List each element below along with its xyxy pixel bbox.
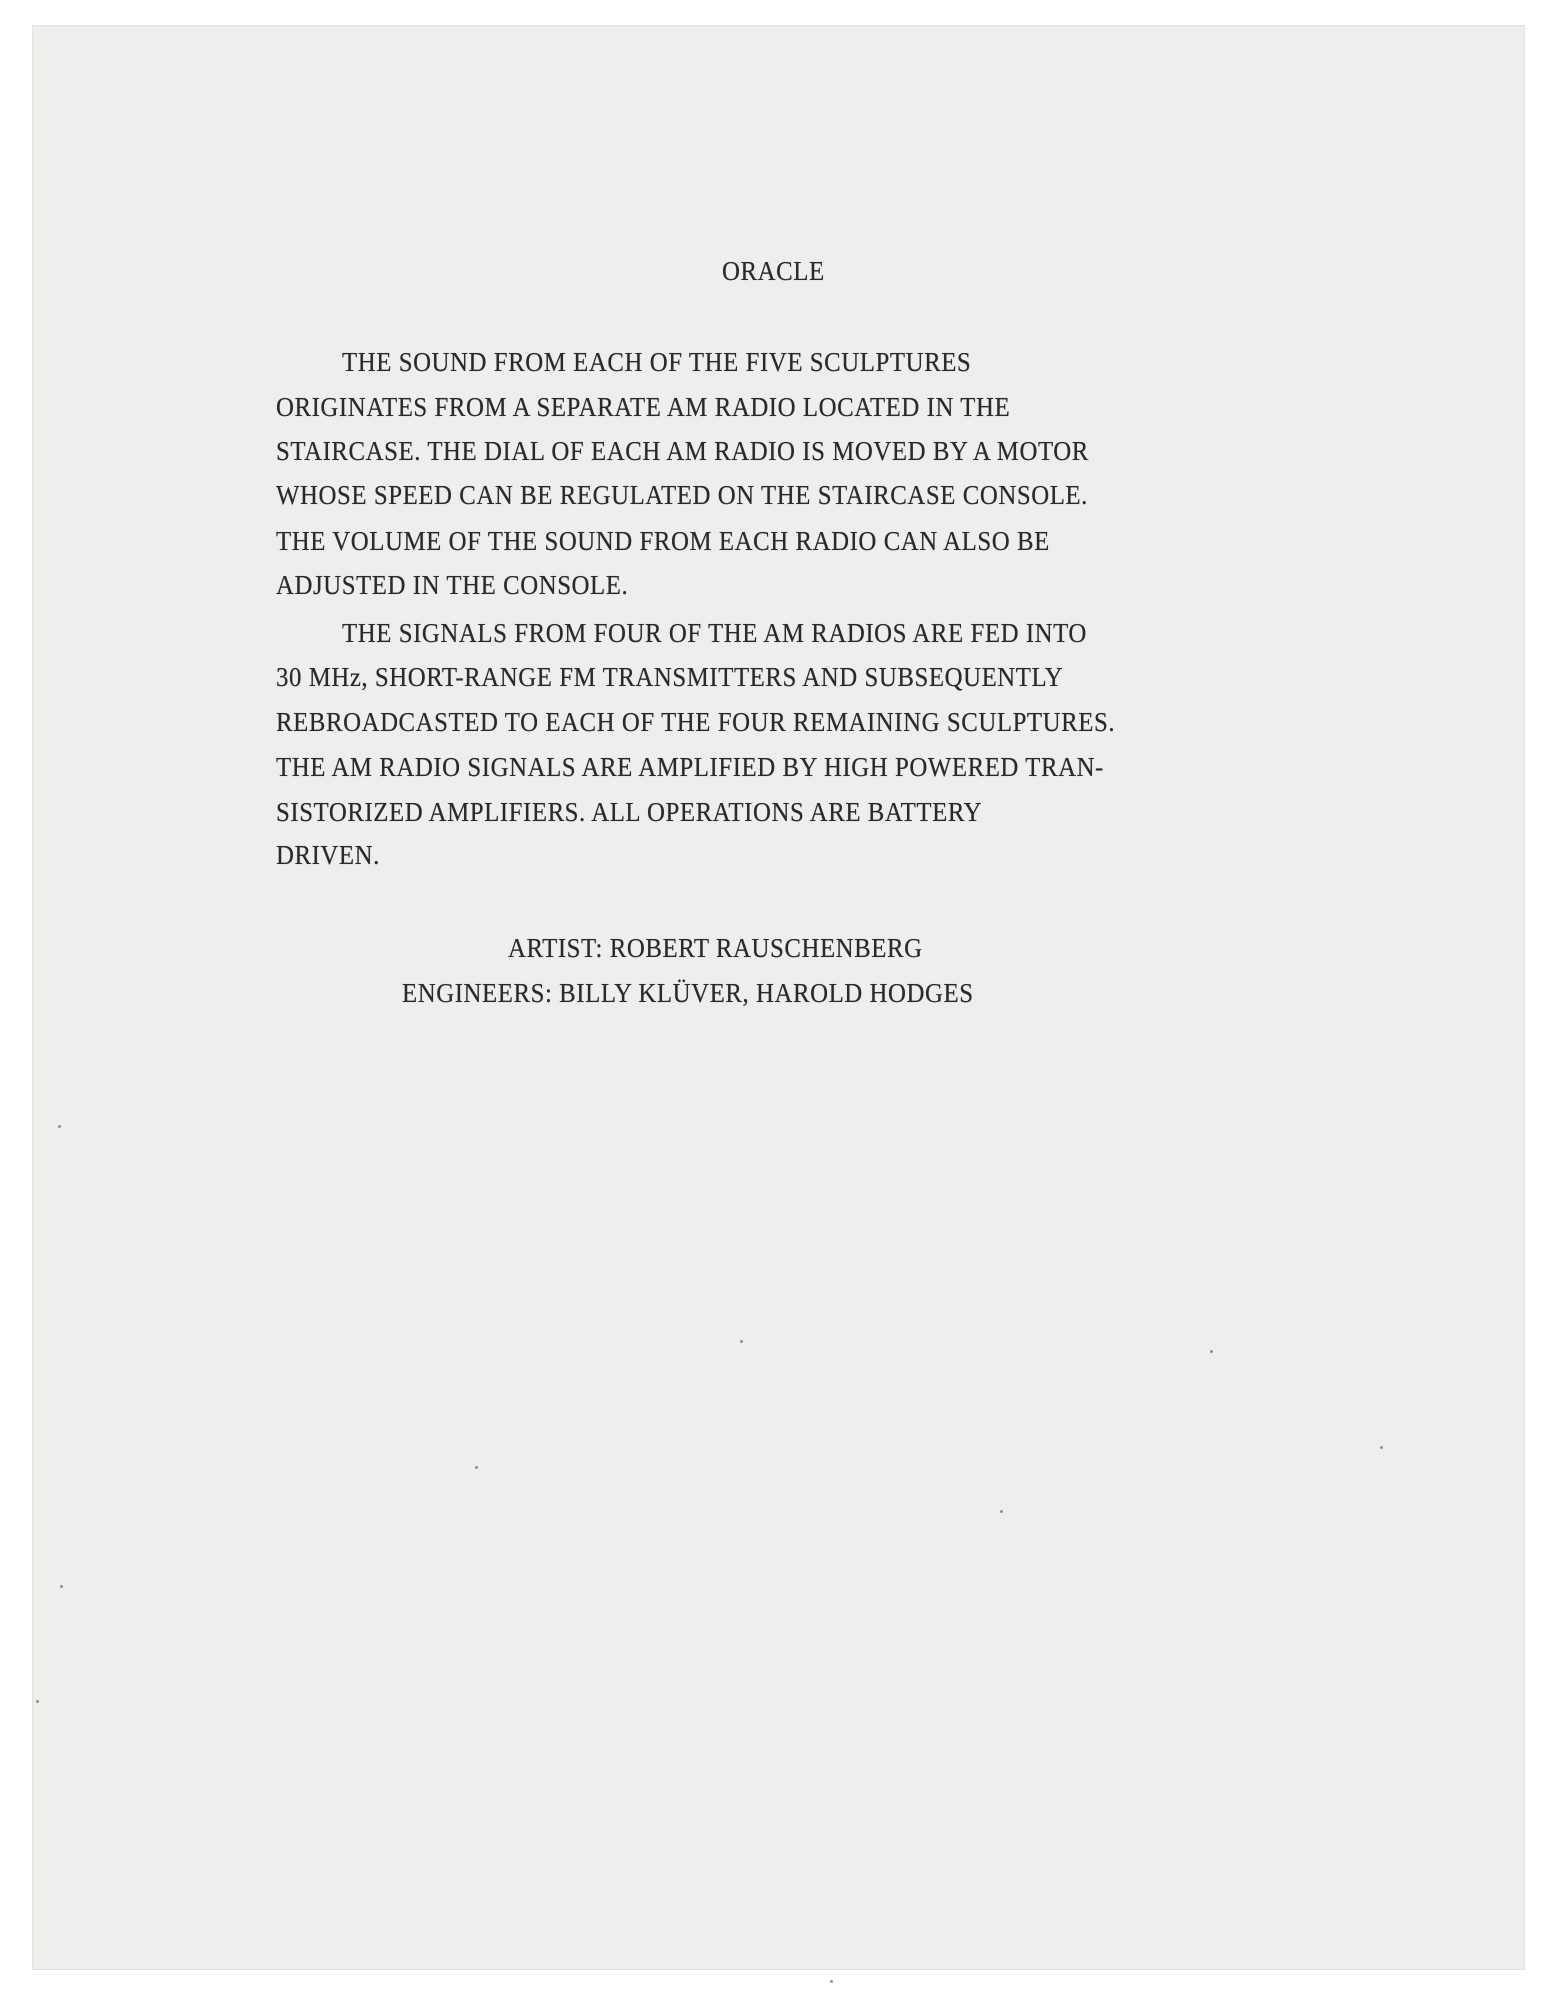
document-title: ORACLE	[722, 256, 825, 287]
paper-speck	[830, 1980, 833, 1983]
paper-speck	[740, 1340, 743, 1343]
paper-speck	[60, 1585, 63, 1588]
paper-speck	[36, 1700, 39, 1703]
paper-speck	[1380, 1446, 1383, 1449]
paragraph2-line: 30 MHz, SHORT-RANGE FM TRANSMITTERS AND …	[276, 662, 1063, 693]
paragraph2-line: REBROADCASTED TO EACH OF THE FOUR REMAIN…	[276, 707, 1115, 738]
paragraph1-line: THE VOLUME OF THE SOUND FROM EACH RADIO …	[276, 526, 1050, 557]
paper-speck	[475, 1466, 478, 1469]
paragraph1-line: ADJUSTED IN THE CONSOLE.	[276, 570, 628, 601]
paragraph2-line: THE SIGNALS FROM FOUR OF THE AM RADIOS A…	[342, 618, 1087, 649]
paragraph2-line: THE AM RADIO SIGNALS ARE AMPLIFIED BY HI…	[276, 752, 1104, 783]
paper-speck	[58, 1125, 61, 1128]
artist-credit: ARTIST: ROBERT RAUSCHENBERG	[508, 933, 923, 964]
paragraph1-line: STAIRCASE. THE DIAL OF EACH AM RADIO IS …	[276, 436, 1089, 467]
paragraph1-line: ORIGINATES FROM A SEPARATE AM RADIO LOCA…	[276, 392, 1010, 423]
engineers-credit: ENGINEERS: BILLY KLÜVER, HAROLD HODGES	[402, 978, 974, 1009]
paper-speck	[1210, 1350, 1213, 1353]
paragraph1-line: THE SOUND FROM EACH OF THE FIVE SCULPTUR…	[342, 347, 971, 378]
paragraph1-line: WHOSE SPEED CAN BE REGULATED ON THE STAI…	[276, 480, 1088, 511]
paragraph2-line: DRIVEN.	[276, 840, 380, 871]
paper-speck	[1000, 1510, 1003, 1513]
paragraph2-line: SISTORIZED AMPLIFIERS. ALL OPERATIONS AR…	[276, 797, 982, 828]
